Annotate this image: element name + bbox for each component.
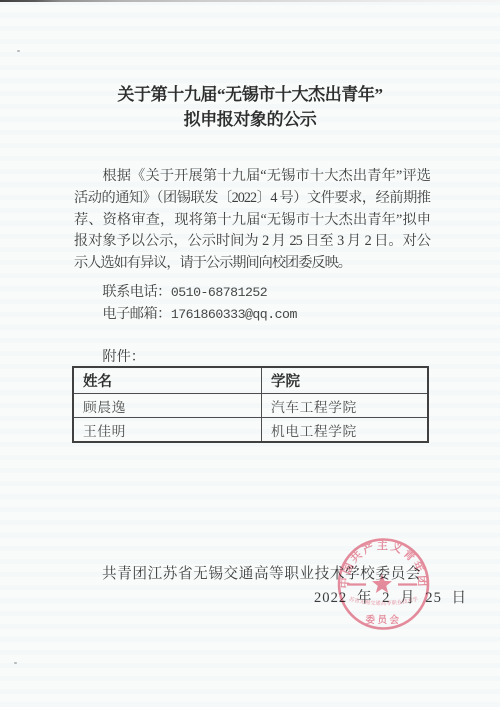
cell-college: 汽车工程学院 — [262, 394, 429, 418]
table-header-name: 姓名 — [73, 367, 262, 394]
paragraph-line: 报对象予以公示，公示时间为 2 月 25 日至 3 月 2 日。对公 — [74, 231, 430, 253]
document-title: 关于第十九届“无锡市十大杰出青年” 拟申报对象的公示 — [0, 82, 500, 132]
contact-email-value: 1761860333@qq.com — [171, 307, 297, 322]
document-page: 关于第十九届“无锡市十大杰出青年” 拟申报对象的公示 根据《关于开展第十九届“无… — [0, 0, 500, 707]
paragraph-line: 根据《关于开展第十九届“无锡市十大杰出青年”评选 — [74, 166, 430, 188]
table-header-college: 学院 — [262, 367, 429, 394]
table-row: 顾晨逸 汽车工程学院 — [73, 394, 428, 418]
official-seal: 中国共产主义青年团 江苏省无锡交通高等职业技术学校 委员会 — [336, 537, 433, 634]
attachment-table: 姓名 学院 顾晨逸 汽车工程学院 王佳明 机电工程学院 — [72, 366, 429, 443]
contact-phone-row: 联系电话：0510-68781252 — [74, 282, 434, 304]
paragraph-line: 活动的通知》（团锡联发〔2022〕4 号）文件要求，经前期推 — [74, 188, 430, 210]
seal-committee-text: 委员会 — [365, 614, 401, 626]
document-title-line-1: 关于第十九届“无锡市十大杰出青年” — [0, 82, 500, 107]
contact-phone-value: 0510-68781252 — [171, 285, 267, 300]
cell-name: 王佳明 — [73, 418, 262, 443]
scan-speck — [17, 50, 20, 52]
table-header-row: 姓名 学院 — [73, 367, 428, 394]
body-paragraph: 根据《关于开展第十九届“无锡市十大杰出青年”评选 活动的通知》（团锡联发〔202… — [74, 166, 430, 275]
table-row: 王佳明 机电工程学院 — [73, 418, 428, 443]
cell-name: 顾晨逸 — [73, 394, 262, 418]
scan-speck — [14, 662, 17, 664]
paragraph-line: 示人选如有异议，请于公示期间向校团委反映。 — [74, 253, 430, 275]
star-icon — [372, 574, 392, 593]
cell-college: 机电工程学院 — [262, 418, 429, 443]
scan-edge-artifact — [0, 0, 500, 2]
contact-phone-label: 联系电话： — [102, 284, 170, 300]
document-title-line-2: 拟申报对象的公示 — [0, 107, 500, 132]
paragraph-line: 荐、资格审查，现将第十九届“无锡市十大杰出青年”拟申 — [74, 210, 430, 232]
contact-email-label: 电子邮箱： — [102, 306, 170, 322]
contact-email-row: 电子邮箱：1761860333@qq.com — [74, 304, 434, 326]
